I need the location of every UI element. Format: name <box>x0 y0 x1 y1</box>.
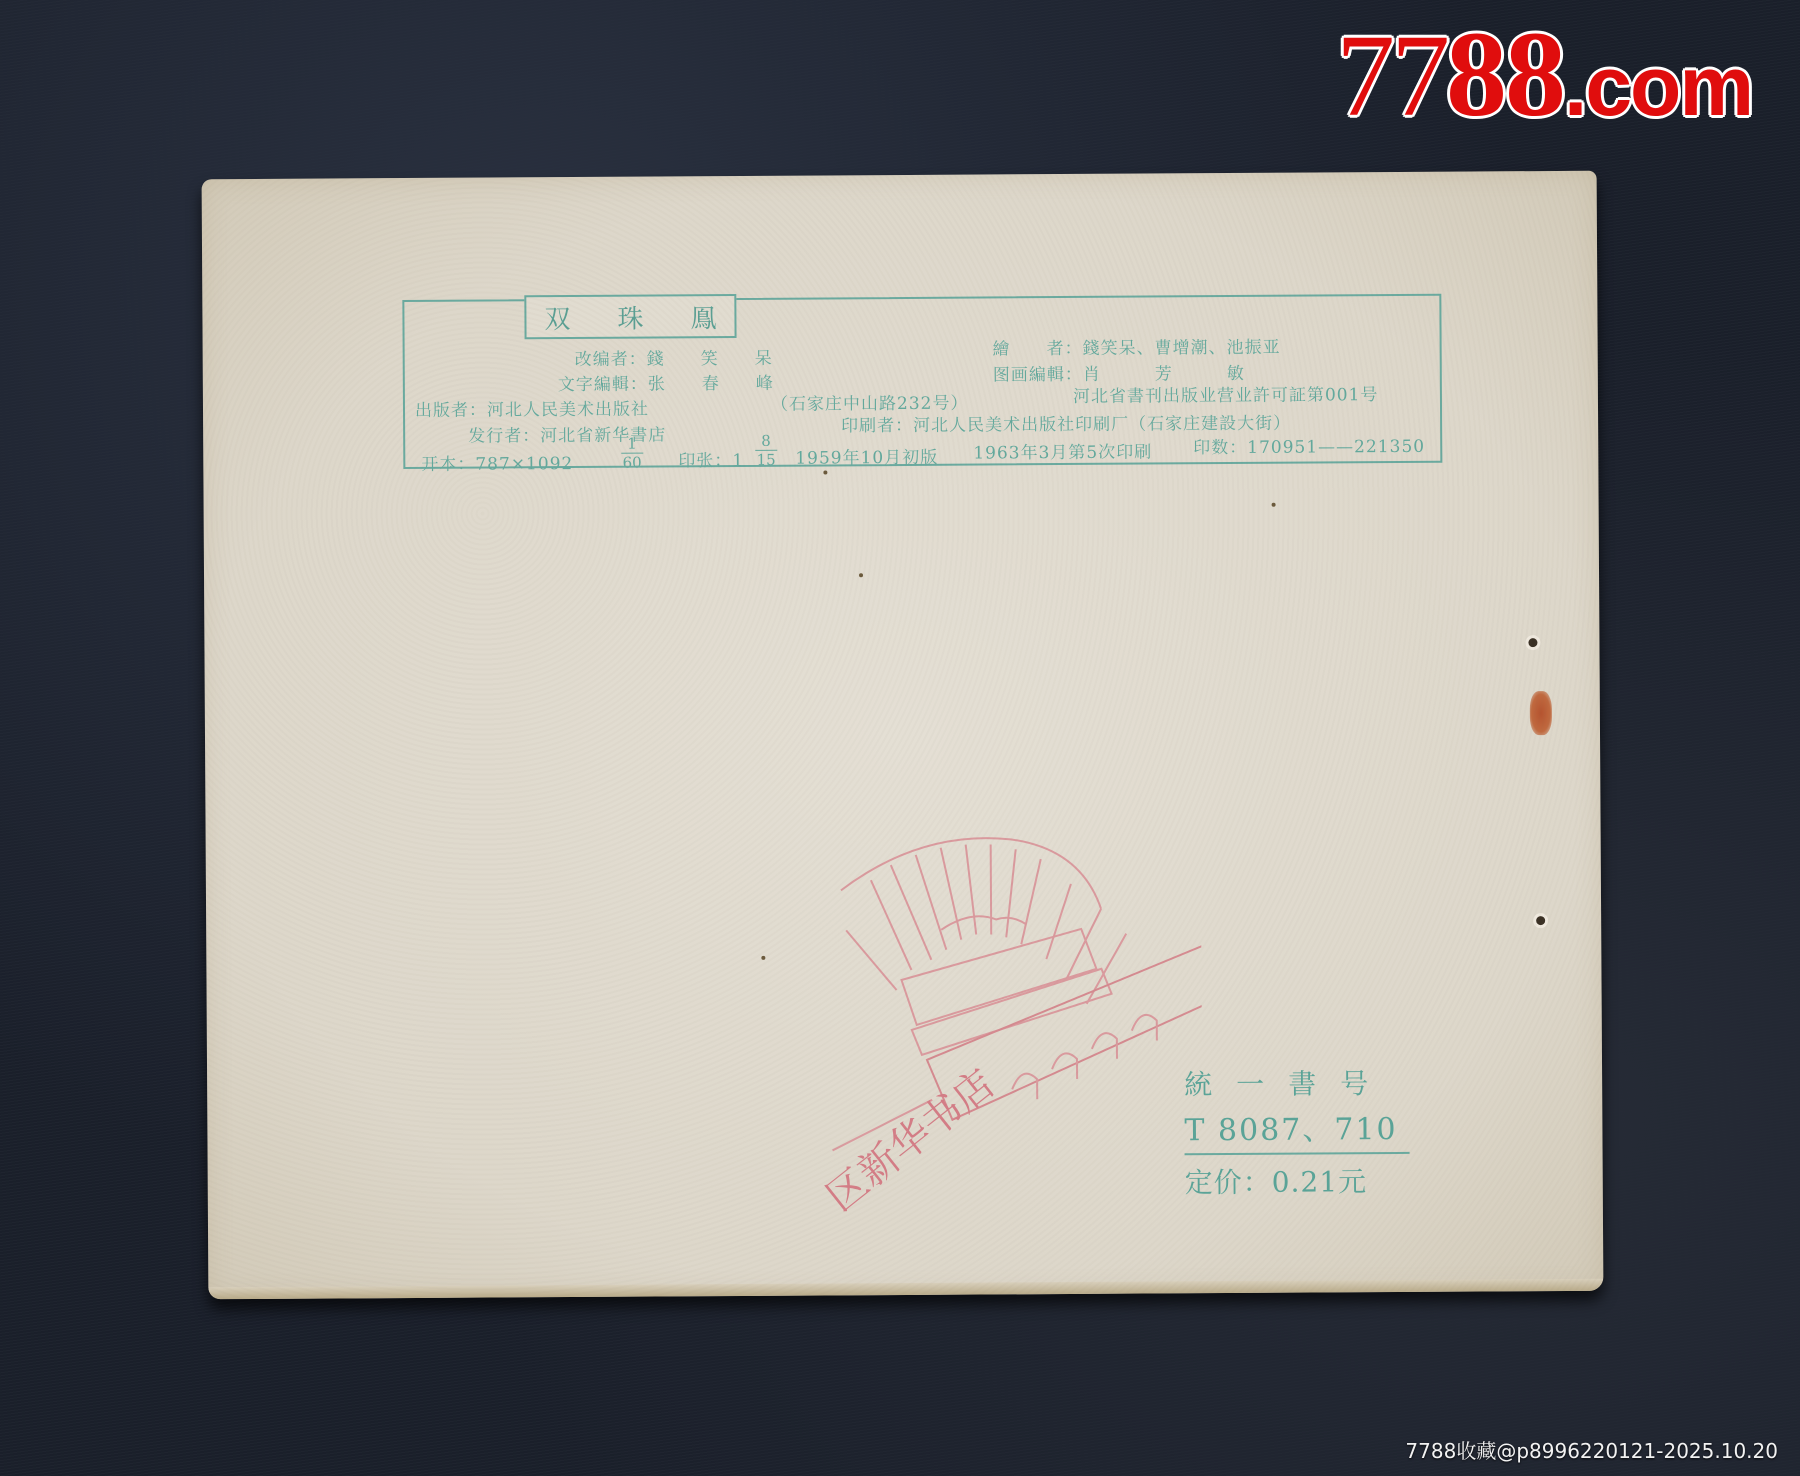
book-back-cover: 双 珠 鳯 改编者：錢 笑 呆 文字編輯：张 春 峰 繪 者：錢笑呆、曹增潮、池… <box>202 171 1604 1300</box>
unified-code: T 8087、710 <box>1184 1104 1409 1149</box>
format-label: 开本：787×1092 <box>421 449 573 475</box>
format-frac-den: 60 <box>621 454 643 472</box>
printing-info: 1963年3月第5次印刷 <box>973 437 1152 463</box>
logo-digits-77: 77 <box>1336 10 1446 141</box>
title-char-2: 珠 <box>617 298 643 335</box>
sheets-frac-den: 15 <box>755 451 777 469</box>
price: 定价：0.21元 <box>1185 1160 1410 1201</box>
paper-speck <box>859 573 863 577</box>
title-char-3: 鳯 <box>690 298 716 335</box>
book-code-block: 統一書号 T 8087、710 定价：0.21元 <box>1184 1062 1410 1201</box>
sheets-label: 印张：1 <box>678 446 744 471</box>
publisher-line: 出版者：河北人民美术出版社 <box>415 395 649 421</box>
publisher-license: 河北省書刊出版业营业許可証第001号 <box>1073 380 1379 407</box>
staple-hole-icon <box>1536 916 1545 925</box>
unified-code-label: 統一書号 <box>1184 1062 1409 1103</box>
sheets-fraction: 8 15 <box>755 432 777 469</box>
paper-speck <box>823 470 827 474</box>
credit-text-editor: 文字編輯：张 春 峰 <box>558 369 774 395</box>
logo-digits-88: 88 <box>1446 7 1564 142</box>
code-divider <box>1185 1152 1410 1155</box>
format-fraction: 1 60 <box>621 435 643 472</box>
sheets-frac-num: 8 <box>755 432 777 451</box>
format-frac-num: 1 <box>621 435 643 454</box>
paper-speck <box>1272 503 1276 507</box>
first-edition: 1959年10月初版 <box>795 443 938 469</box>
credit-illustrators: 繪 者：錢笑呆、曹增潮、池振亚 <box>993 333 1281 360</box>
logo-domain: .com <box>1564 39 1752 133</box>
paper-speck <box>761 956 765 960</box>
rust-stain-icon <box>1530 691 1552 735</box>
site-logo: 7788.com <box>1336 14 1752 136</box>
credit-adapter: 改编者：錢 笑 呆 <box>575 344 773 370</box>
staple-hole-icon <box>1528 638 1537 647</box>
title-char-1: 双 <box>544 299 570 336</box>
watermark: 7788收藏@p8996220121-2025.10.20 <box>1405 1435 1778 1464</box>
book-title-box: 双 珠 鳯 <box>524 294 736 339</box>
print-run: 印数：170951——221350 <box>1193 432 1425 458</box>
book-bottom-edge <box>208 1279 1603 1300</box>
